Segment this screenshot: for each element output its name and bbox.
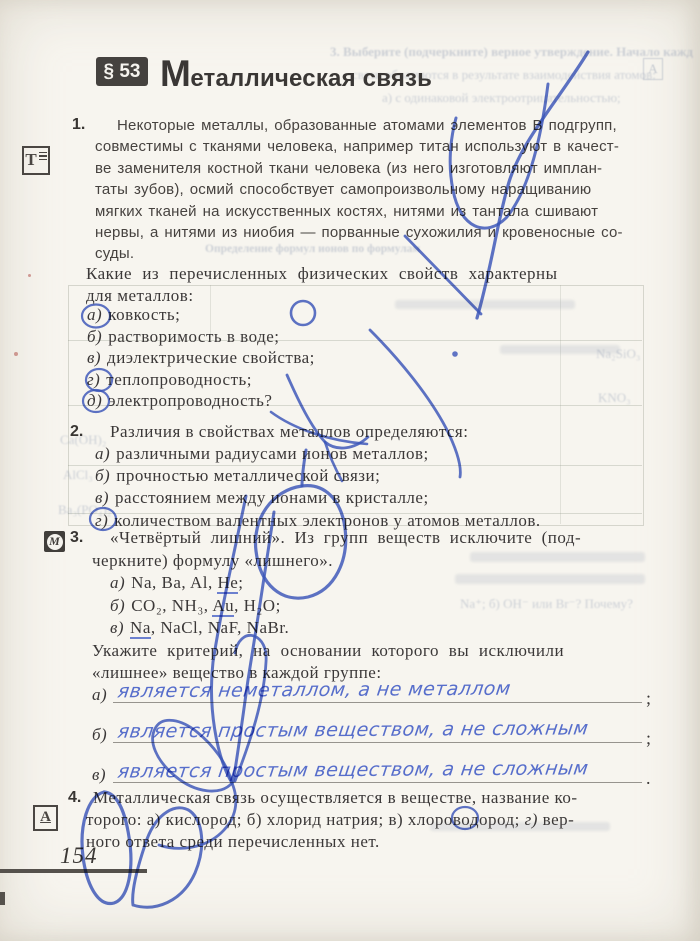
- group-letter: в): [110, 618, 124, 637]
- group-text: Na, Ba, Al,: [131, 573, 217, 592]
- group-letter: а): [110, 573, 125, 592]
- q2-option-v: в)расстоянием между ионами в кристалле;: [95, 487, 541, 509]
- q3-title-line1: «Четвёртый лишний». Из групп веществ иск…: [110, 527, 581, 549]
- q3-groups: а)Na, Ba, Al, He; б)CO₂, NH₃, Au, H₂O; в…: [110, 572, 289, 640]
- answer-b-rule: [113, 742, 642, 743]
- q2-options: а)различными радиусами ионов металлов; б…: [95, 443, 541, 532]
- page-number: 154: [60, 843, 98, 869]
- answer-a-label: а): [92, 684, 107, 706]
- q3-number: 3.: [70, 529, 83, 547]
- q1-option-d: д)электропроводность?: [87, 390, 315, 412]
- option-text: растворимость в воде;: [108, 327, 279, 346]
- q2-number: 2.: [70, 423, 83, 441]
- q1-line: совместимы с тканями человека, например …: [95, 136, 623, 157]
- q1-option-v: в)диэлектрические свойства;: [87, 347, 315, 369]
- q4-circled-option: г): [525, 810, 538, 829]
- answer-v-label: в): [92, 764, 106, 786]
- q1-line: ве заменителя костной ткани человека (из…: [95, 158, 623, 179]
- option-text: диэлектрические свойства;: [107, 348, 315, 367]
- q1-option-a: а)ковкость;: [87, 304, 315, 326]
- group-text: , H₂O;: [234, 596, 281, 615]
- option-text: ковкость;: [108, 305, 180, 324]
- q2-option-b: б)прочностью металлической связи;: [95, 465, 541, 487]
- q1-intro: Какие из перечисленных физических свойст…: [86, 263, 558, 307]
- answer-b-label: б): [92, 724, 107, 746]
- answer-a-tail: ;: [646, 688, 651, 709]
- q4-line3: ного ответа среди перечисленных нет.: [86, 831, 380, 853]
- underlined-answer: He: [217, 573, 238, 594]
- q4-number: 4.: [68, 789, 81, 807]
- answer-v-tail: .: [646, 768, 651, 789]
- q1-line: суды.: [95, 243, 623, 264]
- option-letter: д): [87, 391, 102, 410]
- page-number-rule: [0, 869, 147, 873]
- answer-choice-icon: А: [33, 805, 58, 831]
- answer-a-rule: [113, 702, 642, 703]
- q4-line2-text: торого: а) кислород; б) хлорид натрия; в…: [86, 810, 525, 829]
- answer-a-handwriting: является неметаллом, а не металлом: [116, 678, 512, 703]
- q1-options: а)ковкость; б)растворимость в воде; в)ди…: [87, 304, 315, 412]
- option-letter: а): [87, 305, 102, 324]
- option-letter: г): [95, 511, 108, 530]
- printed-content: § 53 Металлическая связь 1. Т Некоторые …: [0, 0, 700, 941]
- group-letter: б): [110, 596, 125, 615]
- q1-paragraph: Некоторые металлы, образованные атомами …: [95, 115, 623, 265]
- title-rest: еталлическая связь: [190, 65, 432, 92]
- option-letter: г): [87, 370, 100, 389]
- q1-line: мягких тканей на искусственных костях, н…: [95, 201, 623, 222]
- option-letter: а): [95, 444, 110, 463]
- q1-line: нервы, а нитями из ниобия — порванные су…: [95, 222, 623, 243]
- q1-option-g: г)теплопроводность;: [87, 369, 315, 391]
- answer-v-rule: [113, 782, 642, 783]
- q1-option-b: б)растворимость в воде;: [87, 326, 315, 348]
- option-letter: б): [87, 327, 102, 346]
- underlined-answer: Au: [212, 596, 234, 617]
- q2-title: Различия в свойствах металлов определяют…: [110, 421, 468, 443]
- answer-b-handwriting: является простым веществом, а не сложным: [116, 717, 589, 742]
- q1-intro-line: Какие из перечисленных физических свойст…: [86, 263, 558, 285]
- think-task-letter: М: [47, 534, 63, 550]
- q2-option-a: а)различными радиусами ионов металлов;: [95, 443, 541, 465]
- text-task-icon-lines: [39, 150, 47, 163]
- option-text: электропроводность?: [108, 391, 272, 410]
- page-title: Металлическая связь: [160, 53, 432, 95]
- option-letter: в): [87, 348, 101, 367]
- answer-v-handwriting: является простым веществом, а не сложным: [116, 757, 589, 782]
- answer-b-tail: ;: [646, 728, 651, 749]
- q1-line: Некоторые металлы, образованные атомами …: [95, 115, 623, 136]
- option-letter: в): [95, 488, 109, 507]
- think-task-icon: М: [44, 531, 65, 552]
- option-text: теплопроводность;: [106, 370, 252, 389]
- q3-group-b: б)CO₂, NH₃, Au, H₂O;: [110, 595, 289, 618]
- section-badge: § 53: [96, 57, 148, 86]
- underlined-answer: Na: [130, 618, 151, 639]
- q3-group-a: а)Na, Ba, Al, He;: [110, 572, 289, 595]
- q4-line1: Металлическая связь осуществляется в вещ…: [93, 787, 578, 809]
- page-edge-mark: [0, 892, 5, 905]
- q3-prompt-line1: Укажите критерий, на основании которого …: [92, 640, 564, 662]
- text-task-letter: Т: [25, 150, 36, 169]
- q4-line2-text: вер-: [538, 810, 574, 829]
- group-text: , NaCl, NaF, NaBr.: [151, 618, 289, 637]
- option-text: различными радиусами ионов металлов;: [116, 444, 429, 463]
- option-text: прочностью металлической связи;: [116, 466, 380, 485]
- title-initial: М: [160, 53, 190, 94]
- option-letter: б): [95, 466, 110, 485]
- q3-title-line2: черкните) формулу «лишнего».: [92, 550, 333, 572]
- q1-line: таты зубов), осмий способствует самопрои…: [95, 179, 623, 200]
- q4-line2: торого: а) кислород; б) хлорид натрия; в…: [86, 809, 574, 831]
- option-text: расстоянием между ионами в кристалле;: [115, 488, 429, 507]
- q1-number: 1.: [72, 116, 85, 134]
- q3-group-v: в)Na, NaCl, NaF, NaBr.: [110, 617, 289, 640]
- text-task-icon: Т: [22, 146, 50, 175]
- group-text: CO₂, NH₃,: [131, 596, 212, 615]
- workbook-page: 3. Выберите (подчеркните) верное утвержд…: [0, 0, 700, 941]
- group-text: ;: [238, 573, 243, 592]
